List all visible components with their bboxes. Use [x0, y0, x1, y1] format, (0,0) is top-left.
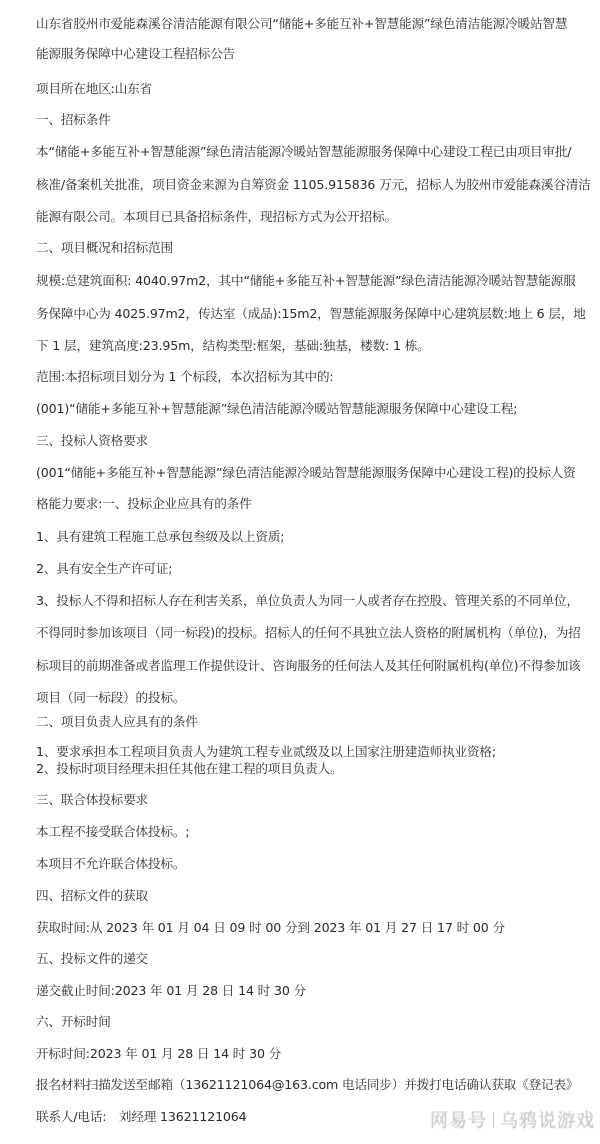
document-line: 项目（同一标段）的投标。 [36, 690, 185, 706]
document-line: 3、投标人不得和招标人存在利害关系，单位负责人为同一人或者存在控股、管理关系的不… [36, 593, 579, 609]
document-line: 联系人/电话: 刘经理 13621121064 [36, 1109, 247, 1125]
document-line: 获取时间:从 2023 年 01 月 04 日 09 时 00 分到 2023 … [36, 920, 505, 936]
watermark-separator [493, 1112, 494, 1128]
document-line: 山东省胶州市爱能森溪谷清洁能源有限公司“储能+多能互补+智慧能源”绿色清洁能源冷… [36, 16, 567, 32]
document-line: 务保障中心为 4025.97m2，传达室（成品):15m2，智慧能源服务保障中心… [36, 306, 586, 322]
document-line: 不得同时参加该项目（同一标段)的投标。招标人的任何不具独立法人资格的附属机构（单… [36, 625, 581, 641]
document-line: 一、招标条件 [36, 112, 111, 128]
document-line: 本项目不允许联合体投标。 [36, 856, 185, 872]
document-line: 规模:总建筑面积: 4040.97m2，其中“储能+多能互补+智慧能源”绿色清洁… [36, 273, 576, 289]
watermark-author: 乌鸦说游戏 [500, 1110, 595, 1131]
document-line: 范围:本招标项目划分为 1 个标段，本次招标为其中的: [36, 369, 334, 385]
document-line: 六、开标时间 [36, 1014, 111, 1030]
document-line: 五、投标文件的递交 [36, 951, 148, 967]
watermark: 网易号乌鸦说游戏 [430, 1106, 595, 1132]
document-line: 三、联合体投标要求 [36, 792, 148, 808]
document-line: (001)“储能+多能互补+智慧能源”绿色清洁能源冷暖站智慧能源服务保障中心建设… [36, 401, 517, 417]
document-line: 下 1 层，建筑高度:23.95m，结构类型:框架，基础:独基，楼数: 1 栋。 [36, 338, 430, 354]
document-line: 本工程不接受联合体投标。; [36, 824, 189, 840]
document-line: 标项目的前期准备或者监理工作提供设计、咨询服务的任何法人及其任何附属机构(单位)… [36, 658, 581, 674]
document-line: 二、项目负责人应具有的条件 [36, 714, 198, 730]
document-line: 四、招标文件的获取 [36, 888, 148, 904]
document-line: 三、投标人资格要求 [36, 433, 148, 449]
document-line: (001“储能+多能互补+智慧能源”绿色清洁能源冷暖站智慧能源服务保障中心建设工… [36, 465, 576, 481]
document-line: 本“储能+多能互补+智慧能源”绿色清洁能源冷暖站智慧能源服务保障中心建设工程已由… [36, 144, 571, 160]
document-line: 2、投标时项目经理未担任其他在建工程的项目负责人。 [36, 761, 343, 777]
document-line: 能源服务保障中心建设工程招标公告 [36, 46, 235, 62]
document-line: 开标时间:2023 年 01 月 28 日 14 时 30 分 [36, 1046, 281, 1062]
document-line: 1、要求承担本工程项目负责人为建筑工程专业贰级及以上国家注册建造师执业资格; [36, 744, 496, 760]
document-line: 递交截止时间:2023 年 01 月 28 日 14 时 30 分 [36, 983, 306, 999]
document-line: 项目所在地区:山东省 [36, 81, 152, 97]
document-line: 格能力要求:一、投标企业应具有的条件 [36, 496, 252, 512]
watermark-platform: 网易号 [430, 1110, 487, 1131]
document-line: 2、具有安全生产许可证; [36, 561, 172, 577]
document-line: 二、项目概况和招标范围 [36, 240, 173, 256]
document-line: 能源有限公司。本项目已具备招标条件，现招标方式为公开招标。 [36, 209, 397, 225]
document-line: 报名材料扫描发送至邮箱（13621121064@163.com 电话同步）并拨打… [36, 1077, 578, 1093]
document-line: 核准/备案机关批准，项目资金来源为自筹资金 1105.915836 万元，招标人… [36, 177, 591, 193]
document-line: 1、具有建筑工程施工总承包叁级及以上资质; [36, 529, 284, 545]
